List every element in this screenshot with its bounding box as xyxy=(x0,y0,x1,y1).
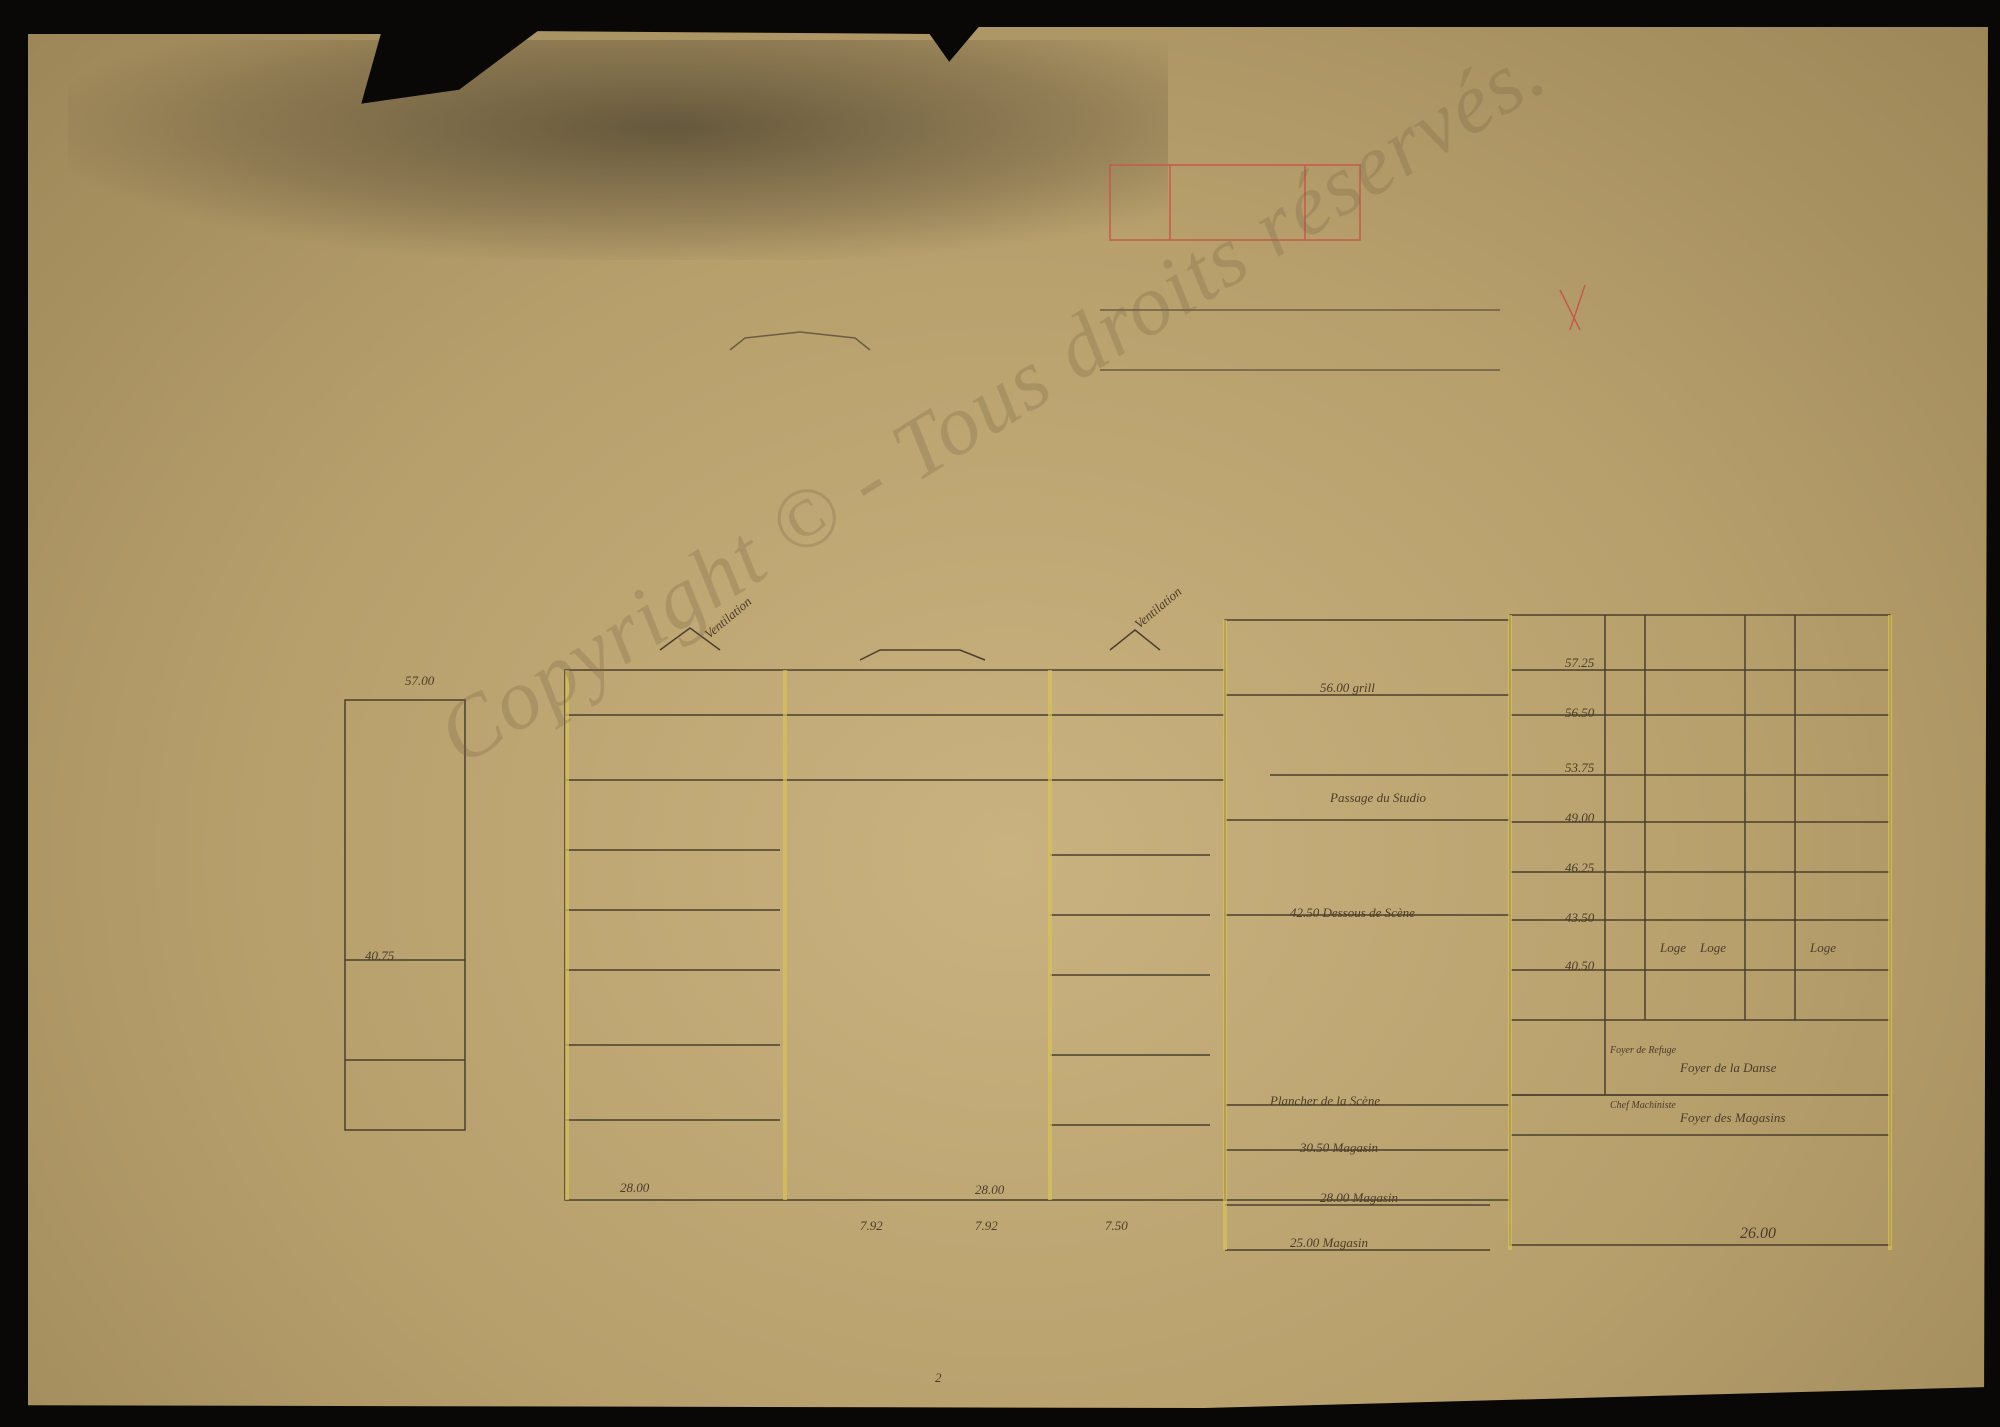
section-drawing xyxy=(0,0,2000,1427)
dimension-3: 7.50 xyxy=(1105,1218,1128,1234)
level-right-c: 53.75 xyxy=(1565,760,1594,776)
foyer-magasins-note: Foyer des Magasins xyxy=(1680,1110,1785,1126)
level-right-a: 57.25 xyxy=(1565,655,1594,671)
level-right-b: 56.50 xyxy=(1565,705,1594,721)
level-right-f: 43.50 xyxy=(1565,910,1594,926)
loge-label-1: Loge xyxy=(1660,940,1686,956)
level-right-e: 46.25 xyxy=(1565,860,1594,876)
foyer-danse-note: Foyer de la Danse xyxy=(1680,1060,1776,1076)
left-level: 57.00 xyxy=(405,673,434,689)
level-right-d: 49.00 xyxy=(1565,810,1594,826)
loge-label-3: Loge xyxy=(1810,940,1836,956)
chef-machiniste-note: Chef Machiniste xyxy=(1610,1100,1676,1111)
level-26: 26.00 xyxy=(1740,1225,1776,1243)
loge-label-2: Loge xyxy=(1700,940,1726,956)
niveau-scene-note: 42.50 Dessous de Scène xyxy=(1290,905,1415,921)
magasin-note-3: 25.00 Magasin xyxy=(1290,1235,1368,1251)
magasin-note-2: 28.00 Magasin xyxy=(1320,1190,1398,1206)
foyer-refuge-note: Foyer de Refuge xyxy=(1610,1045,1676,1056)
dimension-1: 7.92 xyxy=(860,1218,883,1234)
floor-left: 28.00 xyxy=(620,1180,649,1196)
floor-mid: 28.00 xyxy=(975,1182,1004,1198)
left-level-b: 40.75 xyxy=(365,948,394,964)
level-right-g: 40.50 xyxy=(1565,958,1594,974)
passage-studio-note: Passage du Studio xyxy=(1330,790,1426,806)
dimension-2: 7.92 xyxy=(975,1218,998,1234)
plancher-scene-note: Plancher de la Scène xyxy=(1270,1093,1380,1109)
page-number: 2 xyxy=(935,1370,942,1386)
level-grill: 56.00 grill xyxy=(1320,680,1375,696)
magasin-note-1: 30.50 Magasin xyxy=(1300,1140,1378,1156)
